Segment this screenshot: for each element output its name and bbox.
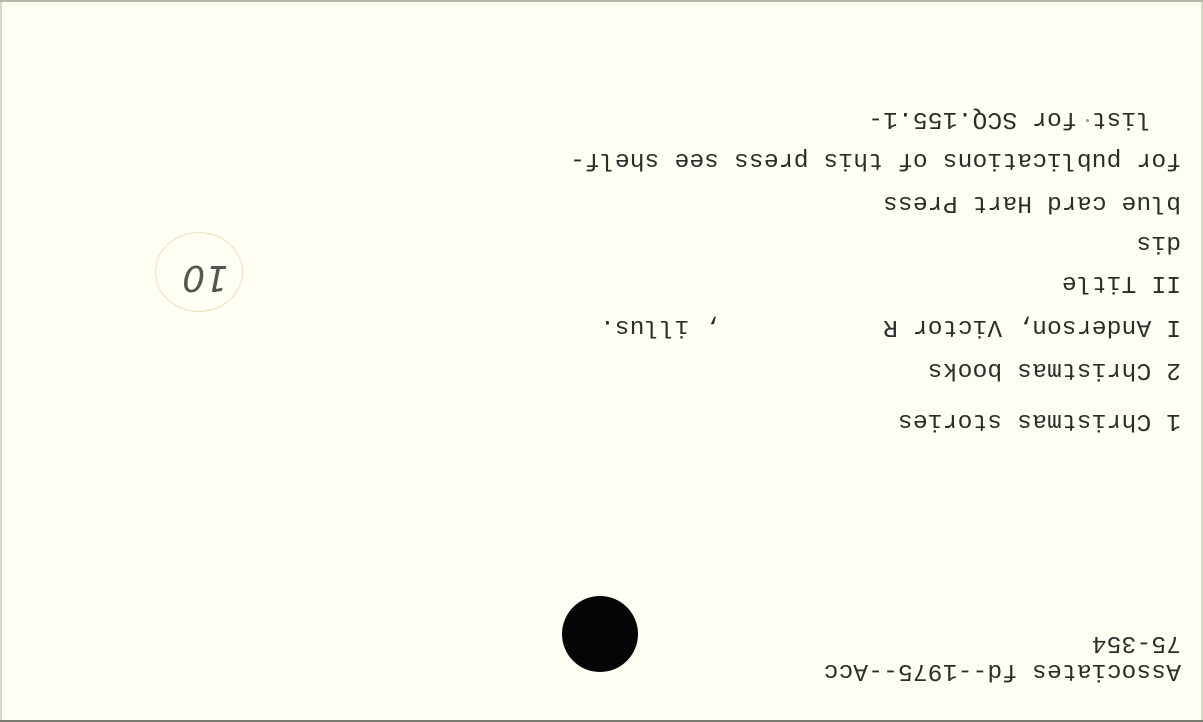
speck xyxy=(1086,119,1089,122)
tracing-2: 2 Christmas books xyxy=(928,355,1181,383)
header-line-1: Associates fd--1975--Acc xyxy=(823,656,1181,684)
tracing-8: list for SCQ.155.1- xyxy=(868,104,1181,132)
tracing-6: blue card Hart Press xyxy=(883,188,1181,216)
tracing-4: II Title xyxy=(1062,268,1181,296)
tracing-3: I Anderson, Victor R , illus. xyxy=(600,312,1181,340)
tracing-5: dis xyxy=(1136,228,1181,256)
tracing-1: 1 Christmas stories xyxy=(898,406,1181,434)
punch-hole-dot xyxy=(562,596,638,672)
tracing-7: for publications of this press see shelf… xyxy=(570,145,1181,173)
handwritten-mark: 10 xyxy=(182,257,228,298)
catalog-card: Associates fd--1975--Acc 75-354 1 Christ… xyxy=(0,0,1203,722)
header-line-2: 75-354 xyxy=(1092,628,1181,656)
